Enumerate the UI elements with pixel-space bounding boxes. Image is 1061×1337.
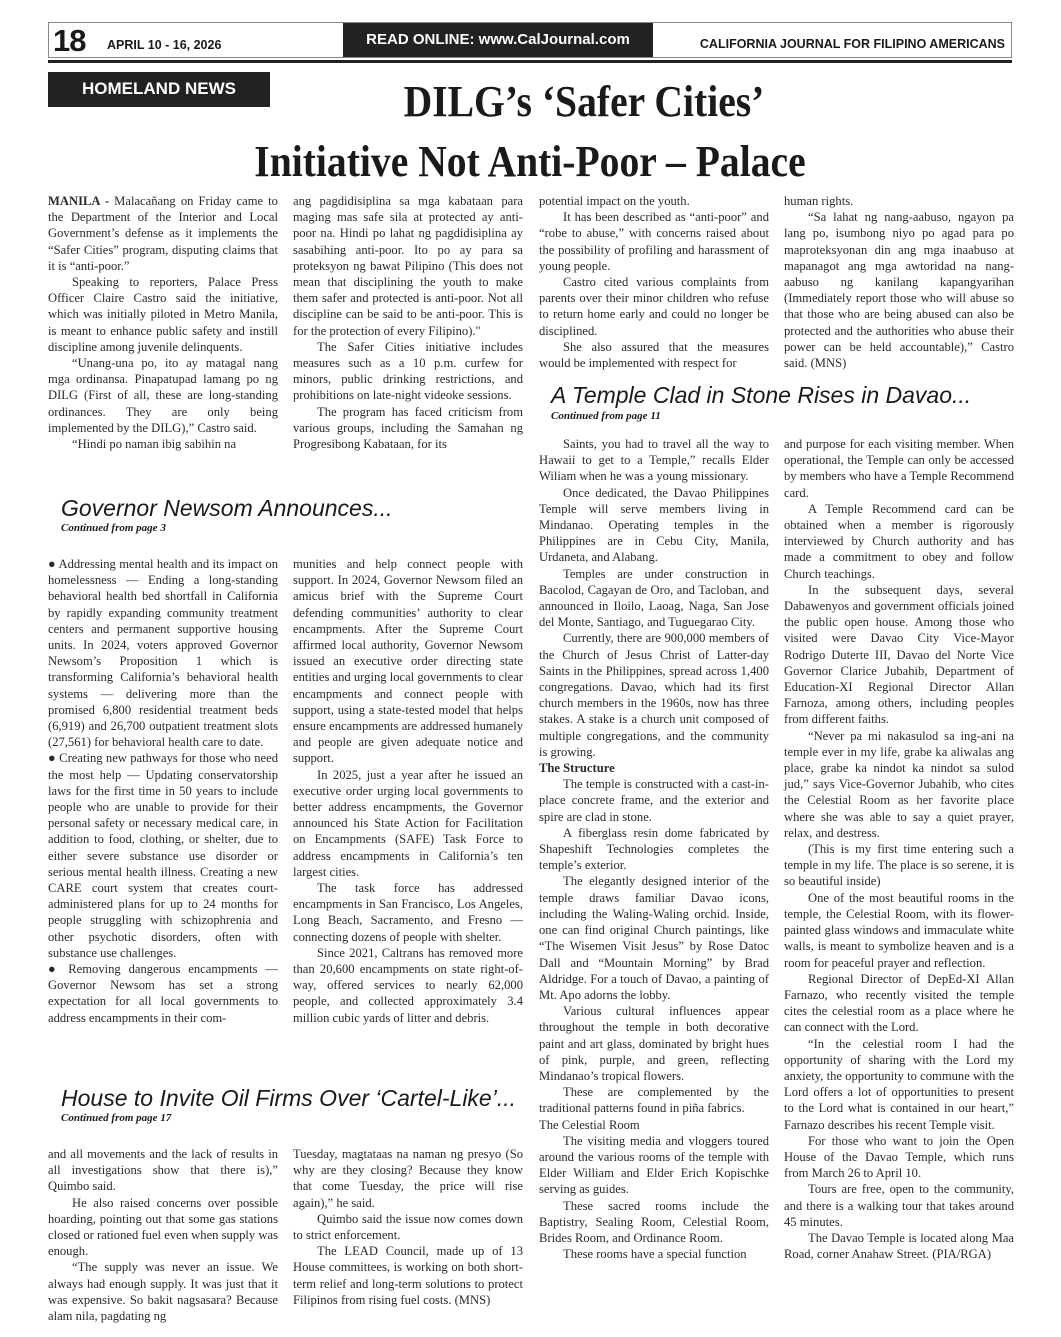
bullet-item: ● Removing dangerous encampments — Gover… — [48, 961, 278, 1026]
paragraph: “In the celestial room I had the opportu… — [784, 1036, 1014, 1133]
headline-line-1: DILG’s ‘Safer Cities’ — [206, 72, 854, 132]
paragraph: Regional Director of DepEd-XI Allan Farn… — [784, 971, 1014, 1036]
paragraph: The elegantly designed interior of the t… — [539, 873, 769, 1003]
paragraph: Currently, there are 900,000 members of … — [539, 630, 769, 760]
oil-article-title: House to Invite Oil Firms Over ‘Cartel-L… — [61, 1085, 516, 1112]
paragraph: (This is my first time entering such a t… — [784, 841, 1014, 890]
paragraph: The Safer Cities initiative includes mea… — [293, 339, 523, 404]
bullet-item: ● Addressing mental health and its impac… — [48, 556, 278, 750]
paragraph: ang pagdidisiplina sa mga kabataan para … — [293, 193, 523, 339]
paragraph: A Temple Recommend card can be obtained … — [784, 501, 1014, 582]
paragraph: The LEAD Council, made up of 13 House co… — [293, 1243, 523, 1308]
paragraph: The program has faced criticism from var… — [293, 404, 523, 453]
paragraph: In 2025, just a year after he issued an … — [293, 767, 523, 880]
paragraph: In the subsequent days, several Dabaweny… — [784, 582, 1014, 728]
paragraph: Saints, you had to travel all the way to… — [539, 436, 769, 485]
page-number: 18 — [49, 23, 107, 57]
paragraph: Quimbo said the issue now comes down to … — [293, 1211, 523, 1243]
paragraph: Tours are free, open to the community, a… — [784, 1181, 1014, 1230]
main-article-col-1: MANILA - Malacañang on Friday came to th… — [48, 193, 278, 452]
newsom-article-col-2: munities and help connect people with su… — [293, 556, 523, 1026]
paragraph: The visiting media and vloggers toured a… — [539, 1133, 769, 1198]
paragraph: These are complemented by the traditiona… — [539, 1084, 769, 1116]
paragraph: and all movements and the lack of result… — [48, 1146, 278, 1195]
oil-continued: Continued from page 17 — [61, 1112, 171, 1124]
subhead-structure: The Structure — [539, 760, 769, 776]
masthead: 18 APRIL 10 - 16, 2026 READ ONLINE: www.… — [48, 22, 1012, 58]
paragraph: The temple is constructed with a cast-in… — [539, 776, 769, 825]
masthead-rule — [48, 60, 1012, 63]
paragraph: “Sa lahat ng nang-aabuso, ngayon pa lang… — [784, 209, 1014, 371]
main-article-col-4: human rights. “Sa lahat ng nang-aabuso, … — [784, 193, 1014, 371]
main-article-col-2: ang pagdidisiplina sa mga kabataan para … — [293, 193, 523, 452]
paragraph: These rooms have a special function — [539, 1246, 769, 1262]
paragraph: Temples are under construction in Bacolo… — [539, 566, 769, 631]
paragraph: Speaking to reporters, Palace Press Offi… — [48, 274, 278, 355]
paragraph: “The supply was never an issue. We alway… — [48, 1259, 278, 1324]
bullet-item: ● Creating new pathways for those who ne… — [48, 750, 278, 961]
temple-article-col-1: Saints, you had to travel all the way to… — [539, 436, 769, 1262]
newsom-continued: Continued from page 3 — [61, 522, 166, 534]
dateline: MANILA - — [48, 194, 109, 208]
paragraph: Tuesday, magtataas na naman ng presyo (S… — [293, 1146, 523, 1211]
paragraph: Various cultural influences appear throu… — [539, 1003, 769, 1084]
paragraph: “Unang-una po, ito ay matagal nang mga o… — [48, 355, 278, 436]
headline-line-2: Initiative Not Anti-Poor – Palace — [254, 137, 805, 186]
temple-article-title: A Temple Clad in Stone Rises in Davao... — [551, 382, 971, 409]
main-headline: DILG’s ‘Safer Cities’ Initiative Not Ant… — [206, 72, 854, 192]
paragraph: For those who want to join the Open Hous… — [784, 1133, 1014, 1182]
paragraph: Once dedicated, the Davao Philippines Te… — [539, 485, 769, 566]
paragraph: Castro cited various complaints from par… — [539, 274, 769, 339]
read-online-link[interactable]: READ ONLINE: www.CalJournal.com — [343, 23, 653, 57]
paragraph: human rights. — [784, 193, 1014, 209]
oil-article-col-2: Tuesday, magtataas na naman ng presyo (S… — [293, 1146, 523, 1308]
paragraph: It has been described as “anti-poor” and… — [539, 209, 769, 274]
main-article-col-3: potential impact on the youth. It has be… — [539, 193, 769, 371]
paragraph: These sacred rooms include the Baptistry… — [539, 1198, 769, 1247]
paragraph: The Davao Temple is located along Maa Ro… — [784, 1230, 1014, 1262]
publication-name: CALIFORNIA JOURNAL FOR FILIPINO AMERICAN… — [653, 23, 1011, 57]
paragraph: The task force has addressed encampments… — [293, 880, 523, 945]
paragraph: She also assured that the measures would… — [539, 339, 769, 371]
temple-continued: Continued from page 11 — [551, 410, 661, 422]
paragraph: and purpose for each visiting member. Wh… — [784, 436, 1014, 501]
oil-article-col-1: and all movements and the lack of result… — [48, 1146, 278, 1324]
subhead-celestial: The Celestial Room — [539, 1117, 769, 1133]
paragraph: One of the most beautiful rooms in the t… — [784, 890, 1014, 971]
paragraph: Since 2021, Caltrans has removed more th… — [293, 945, 523, 1026]
paragraph: potential impact on the youth. — [539, 193, 769, 209]
paragraph: munities and help connect people with su… — [293, 556, 523, 767]
paragraph: A fiberglass resin dome fabricated by Sh… — [539, 825, 769, 874]
newsom-article-title: Governor Newsom Announces... — [61, 495, 393, 522]
temple-article-col-2: and purpose for each visiting member. Wh… — [784, 436, 1014, 1262]
paragraph: “Never pa mi nakasulod sa ing-ani na tem… — [784, 728, 1014, 841]
paragraph: He also raised concerns over possible ho… — [48, 1195, 278, 1260]
paragraph: “Hindi po naman ibig sabihin na — [48, 436, 278, 452]
issue-date: APRIL 10 - 16, 2026 — [107, 23, 343, 57]
newsom-article-col-1: ● Addressing mental health and its impac… — [48, 556, 278, 1026]
